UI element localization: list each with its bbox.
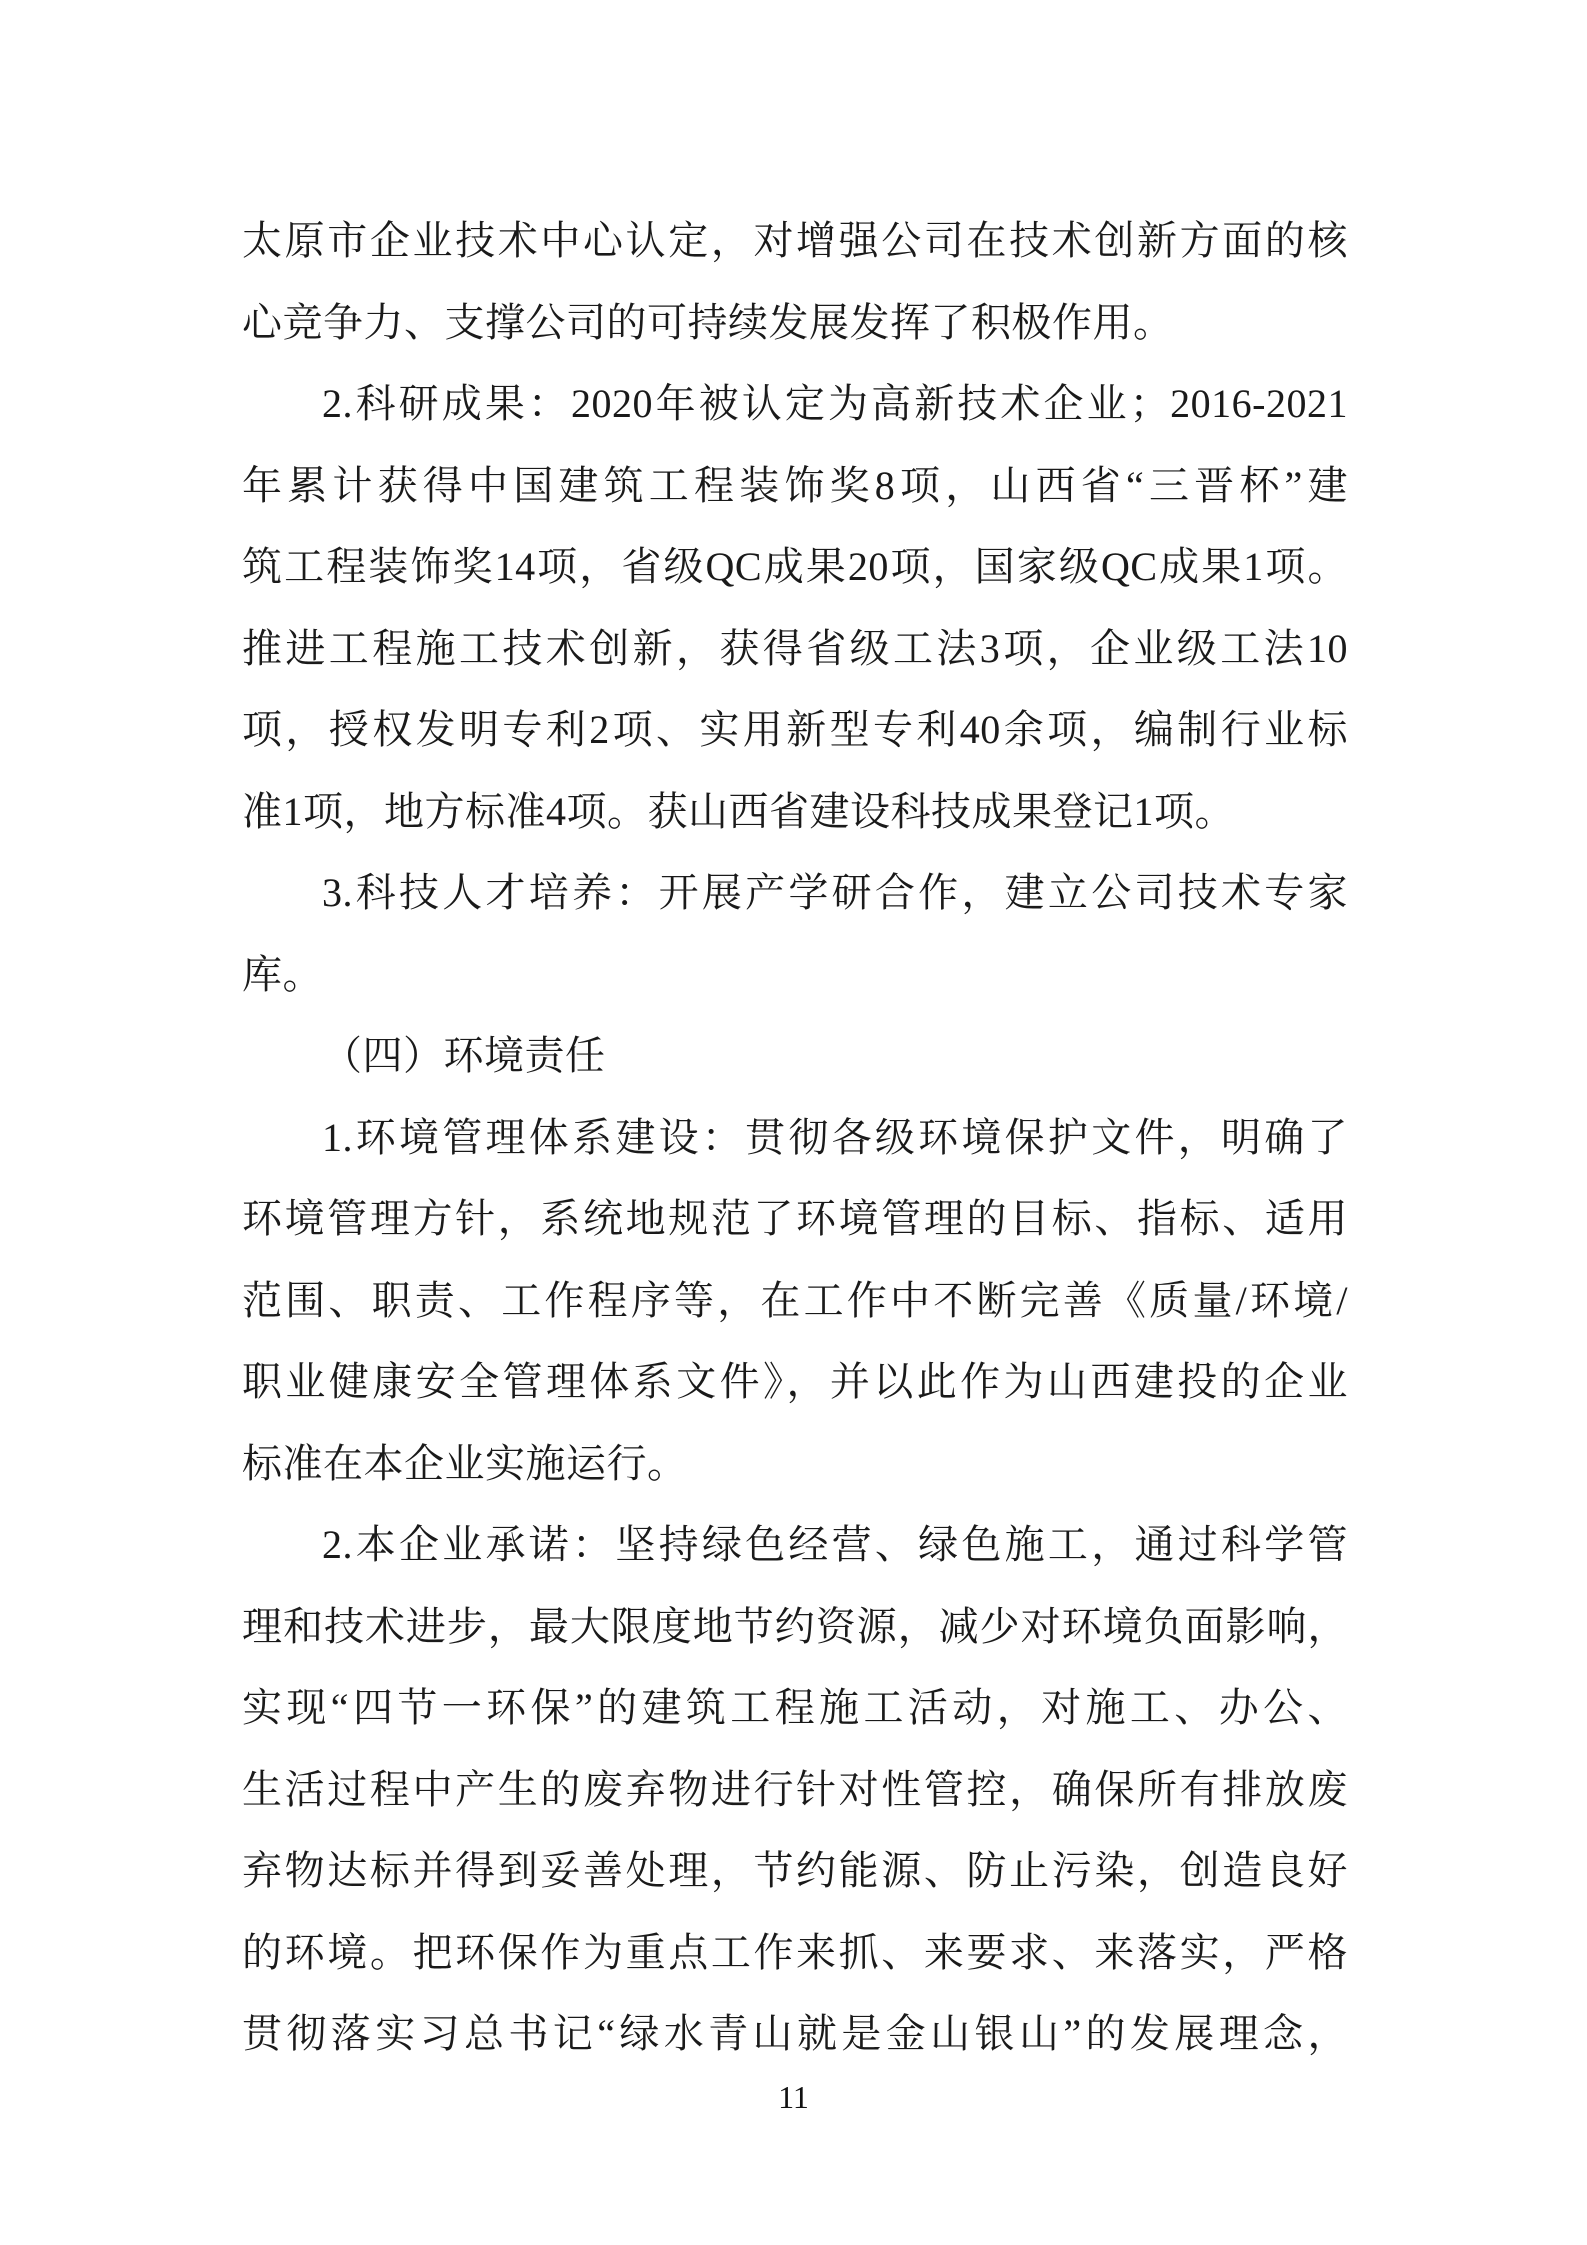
text-line: 理和技术进步，最大限度地节约资源，减少对环境负面影响， [242,1586,1348,1668]
text-line: 实现“四节一环保”的建筑工程施工活动，对施工、办公、 [242,1667,1348,1749]
text-line: 2.本企业承诺：坚持绿色经营、绿色施工，通过科学管 [242,1504,1348,1586]
paragraph-2: 2.科研成果：2020年被认定为高新技术企业；2016-2021年累计获得中国建… [242,363,1348,852]
page-number: 11 [0,2080,1587,2115]
text-line: 的环境。把环保作为重点工作来抓、来要求、来落实，严格 [242,1912,1348,1994]
text-line: 筑工程装饰奖14项，省级QC成果20项，国家级QC成果1项。 [242,526,1348,608]
text-line: 2.科研成果：2020年被认定为高新技术企业；2016-2021 [242,363,1348,445]
document-page: 太原市企业技术中心认定，对增强公司在技术创新方面的核心竞争力、支撑公司的可持续发… [0,0,1587,2245]
text-line: 范围、职责、工作程序等，在工作中不断完善《质量/环境/ [242,1260,1348,1342]
text-line: 太原市企业技术中心认定，对增强公司在技术创新方面的核 [242,200,1348,282]
text-line: 环境管理方针，系统地规范了环境管理的目标、指标、适用 [242,1178,1348,1260]
paragraph-4: （四）环境责任 [242,1015,1348,1097]
paragraph-1: 太原市企业技术中心认定，对增强公司在技术创新方面的核心竞争力、支撑公司的可持续发… [242,200,1348,363]
paragraph-5: 1.环境管理体系建设：贯彻各级环境保护文件，明确了环境管理方针，系统地规范了环境… [242,1097,1348,1505]
text-line: 标准在本企业实施运行。 [242,1423,1348,1505]
text-line: 生活过程中产生的废弃物进行针对性管控，确保所有排放废 [242,1749,1348,1831]
text-line: 年累计获得中国建筑工程装饰奖8项，山西省“三晋杯”建 [242,445,1348,527]
text-line: 3.科技人才培养：开展产学研合作，建立公司技术专家 [242,852,1348,934]
text-line: 职业健康安全管理体系文件》，并以此作为山西建投的企业 [242,1341,1348,1423]
text-line: （四）环境责任 [242,1015,1348,1097]
paragraph-6: 2.本企业承诺：坚持绿色经营、绿色施工，通过科学管理和技术进步，最大限度地节约资… [242,1504,1348,2075]
paragraph-3: 3.科技人才培养：开展产学研合作，建立公司技术专家库。 [242,852,1348,1015]
text-line: 心竞争力、支撑公司的可持续发展发挥了积极作用。 [242,282,1348,364]
text-line: 贯彻落实习总书记“绿水青山就是金山银山”的发展理念， [242,1993,1348,2075]
document-body: 太原市企业技术中心认定，对增强公司在技术创新方面的核心竞争力、支撑公司的可持续发… [242,200,1348,2075]
text-line: 库。 [242,934,1348,1016]
text-line: 1.环境管理体系建设：贯彻各级环境保护文件，明确了 [242,1097,1348,1179]
text-line: 准1项，地方标准4项。获山西省建设科技成果登记1项。 [242,771,1348,853]
text-line: 项，授权发明专利2项、实用新型专利40余项，编制行业标 [242,689,1348,771]
text-line: 推进工程施工技术创新，获得省级工法3项，企业级工法10 [242,608,1348,690]
text-line: 弃物达标并得到妥善处理，节约能源、防止污染，创造良好 [242,1830,1348,1912]
